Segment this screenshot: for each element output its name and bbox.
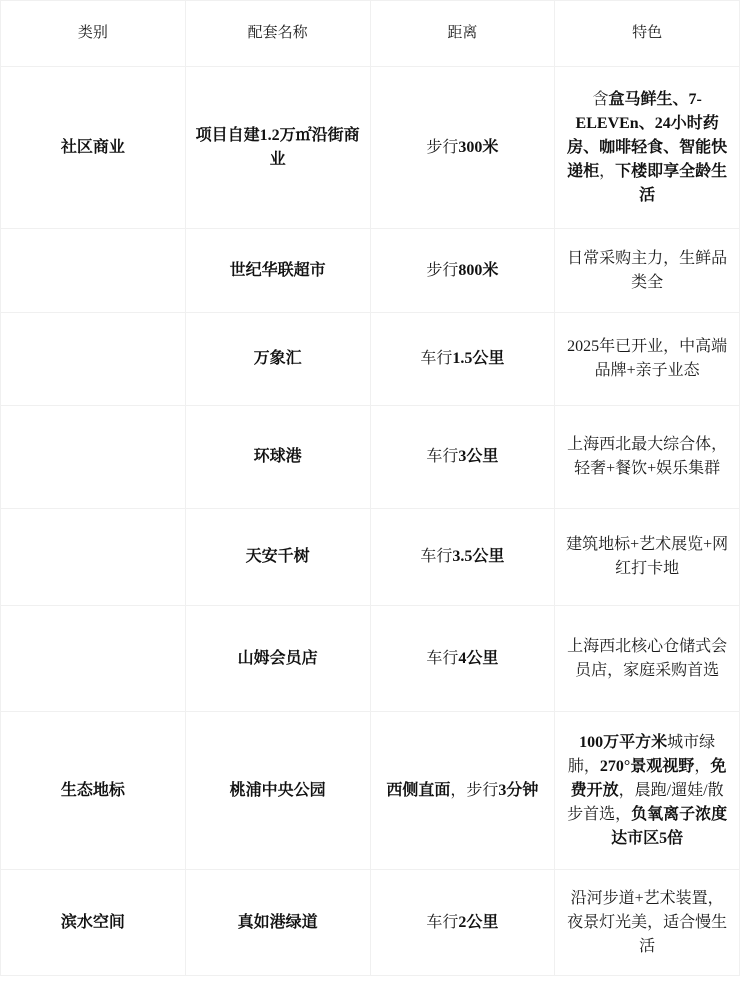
text-segment-bold: 270°景观视野 bbox=[600, 758, 694, 775]
cell-distance: 步行800米 bbox=[370, 229, 555, 313]
cell-category: 生态地标 bbox=[1, 712, 186, 870]
cell-name: 万象汇 bbox=[185, 313, 370, 406]
cell-features: 上海西北最大综合体，轻奢+餐饮+娱乐集群 bbox=[555, 406, 740, 509]
text-segment: ，步行 bbox=[450, 782, 498, 799]
header-distance: 距离 bbox=[370, 1, 555, 67]
text-segment: 2025年已开业，中高端品牌+亲子业态 bbox=[567, 338, 727, 379]
text-segment-bold: 天安千树 bbox=[246, 548, 310, 565]
text-segment-bold: 800米 bbox=[458, 262, 498, 279]
text-segment: ， bbox=[694, 758, 710, 775]
cell-category: 滨水空间 bbox=[1, 870, 186, 976]
cell-features: 建筑地标+艺术展览+网红打卡地 bbox=[555, 509, 740, 606]
text-segment: 车行 bbox=[420, 350, 452, 367]
page: 类别 配套名称 距离 特色 社区商业项目自建1.2万㎡沿街商业步行300米含盒马… bbox=[0, 0, 740, 976]
text-segment-bold: 世纪华联超市 bbox=[230, 262, 326, 279]
text-segment: 建筑地标+艺术展览+网红打卡地 bbox=[566, 536, 728, 577]
cell-features: 日常采购主力，生鲜品类全 bbox=[555, 229, 740, 313]
table-header: 类别 配套名称 距离 特色 bbox=[1, 1, 740, 67]
cell-distance: 车行3公里 bbox=[370, 406, 555, 509]
text-segment-bold: 生态地标 bbox=[61, 782, 125, 799]
cell-category: 社区商业 bbox=[1, 67, 186, 229]
cell-features: 2025年已开业，中高端品牌+亲子业态 bbox=[555, 313, 740, 406]
text-segment-bold: 环球港 bbox=[254, 448, 302, 465]
text-segment: 上海西北最大综合体，轻奢+餐饮+娱乐集群 bbox=[567, 436, 727, 477]
table-row: 万象汇车行1.5公里2025年已开业，中高端品牌+亲子业态 bbox=[1, 313, 740, 406]
cell-features: 沿河步道+艺术装置，夜景灯光美，适合慢生活 bbox=[555, 870, 740, 976]
text-segment-bold: 桃浦中央公园 bbox=[230, 782, 326, 799]
cell-distance: 车行2公里 bbox=[370, 870, 555, 976]
text-segment-bold: 下楼即享全龄生活 bbox=[615, 163, 727, 204]
text-segment: 车行 bbox=[420, 548, 452, 565]
text-segment-bold: 社区商业 bbox=[61, 139, 125, 156]
text-segment-bold: 山姆会员店 bbox=[238, 650, 318, 667]
cell-name: 天安千树 bbox=[185, 509, 370, 606]
cell-features: 含盒马鲜生、7-ELEVEn、24小时药房、咖啡轻食、智能快递柜，下楼即享全龄生… bbox=[555, 67, 740, 229]
header-row: 类别 配套名称 距离 特色 bbox=[1, 1, 740, 67]
text-segment-bold: 3.5公里 bbox=[452, 548, 504, 565]
text-segment-bold: 万象汇 bbox=[254, 350, 302, 367]
cell-distance: 车行3.5公里 bbox=[370, 509, 555, 606]
text-segment: 车行 bbox=[426, 914, 458, 931]
cell-category bbox=[1, 229, 186, 313]
text-segment-bold: 真如港绿道 bbox=[238, 914, 318, 931]
text-segment-bold: 100万平方米 bbox=[579, 734, 667, 751]
cell-category bbox=[1, 406, 186, 509]
cell-category bbox=[1, 606, 186, 712]
table-row: 环球港车行3公里上海西北最大综合体，轻奢+餐饮+娱乐集群 bbox=[1, 406, 740, 509]
cell-distance: 车行1.5公里 bbox=[370, 313, 555, 406]
table-row: 世纪华联超市步行800米日常采购主力，生鲜品类全 bbox=[1, 229, 740, 313]
text-segment-bold: 3分钟 bbox=[498, 782, 538, 799]
cell-name: 山姆会员店 bbox=[185, 606, 370, 712]
header-features: 特色 bbox=[555, 1, 740, 67]
cell-features: 上海西北核心仓储式会员店，家庭采购首选 bbox=[555, 606, 740, 712]
table-row: 滨水空间真如港绿道车行2公里沿河步道+艺术装置，夜景灯光美，适合慢生活 bbox=[1, 870, 740, 976]
text-segment-bold: 300米 bbox=[458, 139, 498, 156]
text-segment: ， bbox=[599, 163, 615, 180]
text-segment-bold: 西侧直面 bbox=[386, 782, 450, 799]
cell-name: 环球港 bbox=[185, 406, 370, 509]
text-segment-bold: 1.5公里 bbox=[452, 350, 504, 367]
text-segment: 含 bbox=[592, 91, 608, 108]
cell-name: 桃浦中央公园 bbox=[185, 712, 370, 870]
cell-category bbox=[1, 313, 186, 406]
text-segment-bold: 4公里 bbox=[458, 650, 498, 667]
table-row: 山姆会员店车行4公里上海西北核心仓储式会员店，家庭采购首选 bbox=[1, 606, 740, 712]
text-segment-bold: 3公里 bbox=[458, 448, 498, 465]
cell-features: 100万平方米城市绿肺，270°景观视野，免费开放，晨跑/遛娃/散步首选，负氧离… bbox=[555, 712, 740, 870]
cell-distance: 西侧直面，步行3分钟 bbox=[370, 712, 555, 870]
header-name: 配套名称 bbox=[185, 1, 370, 67]
cell-name: 世纪华联超市 bbox=[185, 229, 370, 313]
table-row: 社区商业项目自建1.2万㎡沿街商业步行300米含盒马鲜生、7-ELEVEn、24… bbox=[1, 67, 740, 229]
text-segment-bold: 2公里 bbox=[458, 914, 498, 931]
text-segment: 步行 bbox=[426, 262, 458, 279]
text-segment-bold: 项目自建1.2万㎡沿街商业 bbox=[196, 127, 360, 168]
text-segment: 车行 bbox=[426, 650, 458, 667]
text-segment: 日常采购主力，生鲜品类全 bbox=[567, 250, 727, 291]
table-row: 天安千树车行3.5公里建筑地标+艺术展览+网红打卡地 bbox=[1, 509, 740, 606]
text-segment: 上海西北核心仓储式会员店，家庭采购首选 bbox=[567, 638, 727, 679]
cell-distance: 步行300米 bbox=[370, 67, 555, 229]
text-segment: 步行 bbox=[426, 139, 458, 156]
cell-category bbox=[1, 509, 186, 606]
header-category: 类别 bbox=[1, 1, 186, 67]
cell-name: 项目自建1.2万㎡沿街商业 bbox=[185, 67, 370, 229]
cell-distance: 车行4公里 bbox=[370, 606, 555, 712]
table-row: 生态地标桃浦中央公园西侧直面，步行3分钟100万平方米城市绿肺，270°景观视野… bbox=[1, 712, 740, 870]
amenities-table: 类别 配套名称 距离 特色 社区商业项目自建1.2万㎡沿街商业步行300米含盒马… bbox=[0, 0, 740, 976]
cell-name: 真如港绿道 bbox=[185, 870, 370, 976]
text-segment: 车行 bbox=[426, 448, 458, 465]
text-segment-bold: 滨水空间 bbox=[61, 914, 125, 931]
text-segment: 沿河步道+艺术装置，夜景灯光美，适合慢生活 bbox=[567, 890, 727, 955]
table-body: 社区商业项目自建1.2万㎡沿街商业步行300米含盒马鲜生、7-ELEVEn、24… bbox=[1, 67, 740, 976]
